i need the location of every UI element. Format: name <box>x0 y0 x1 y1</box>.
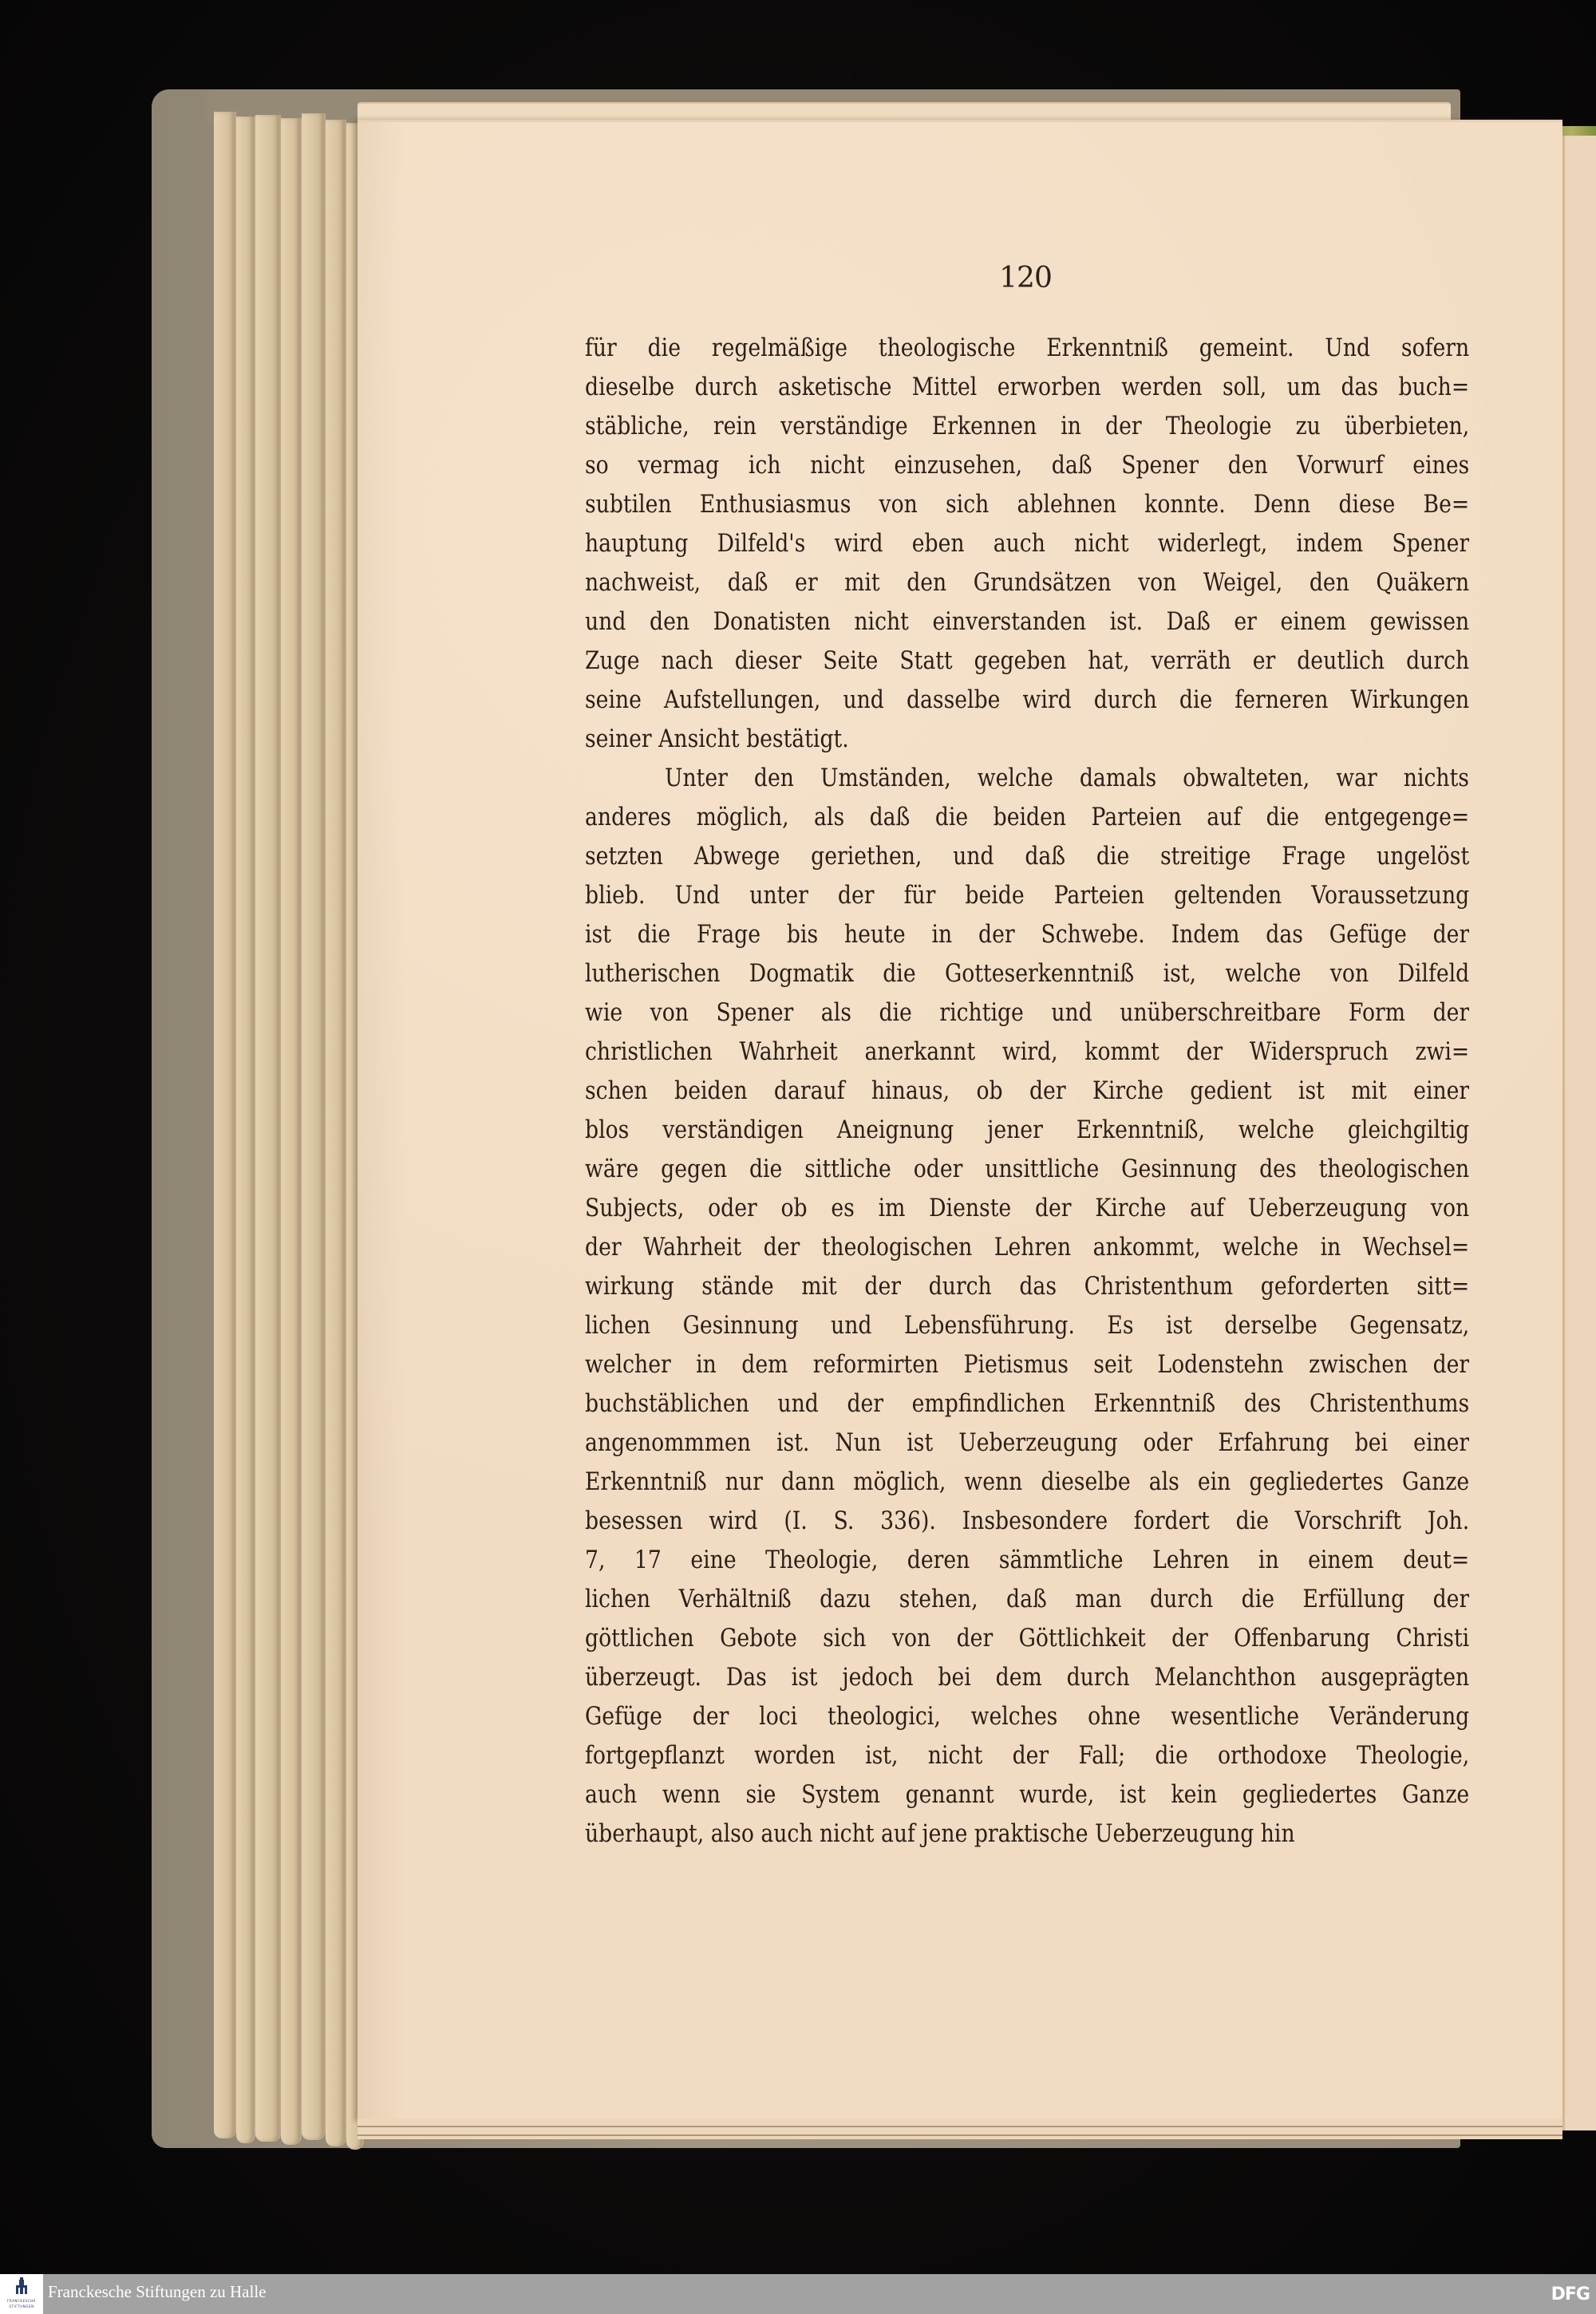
text-line: buchstäblichen und der empfindlichen Erk… <box>585 1384 1469 1424</box>
text-line: Gefüge der loci theologici, welches ohne… <box>585 1697 1469 1736</box>
text-line-content: lichen Verhältniß dazu stehen, daß man d… <box>585 1580 1469 1619</box>
text-line-content: wäre gegen die sittliche oder unsittlich… <box>585 1150 1469 1189</box>
text-line-content: blieb. Und unter der für beide Parteien … <box>585 876 1469 915</box>
text-line: lichen Verhältniß dazu stehen, daß man d… <box>585 1580 1469 1619</box>
text-line-content: wie von Spener als die richtige und unüb… <box>585 993 1469 1033</box>
text-line-content: überzeugt. Das ist jedoch bei dem durch … <box>585 1658 1469 1697</box>
text-line: Unter den Umständen, welche damals obwal… <box>585 759 1469 798</box>
text-line-content: göttlichen Gebote sich von der Göttlichk… <box>585 1619 1469 1658</box>
text-line: Erkenntniß nur dann möglich, wenn diesel… <box>585 1463 1469 1502</box>
text-line-content: fortgepflanzt worden ist, nicht der Fall… <box>585 1736 1469 1775</box>
text-line-content: Zuge nach dieser Seite Statt gegeben hat… <box>585 642 1469 681</box>
page-edge <box>236 116 255 2143</box>
text-line: hauptung Dilfeld's wird eben auch nicht … <box>585 524 1469 563</box>
text-line-content: welcher in dem reformirten Pietismus sei… <box>585 1345 1469 1384</box>
text-line: 7, 17 eine Theologie, deren sämmtliche L… <box>585 1541 1469 1580</box>
body-text: für die regelmäßige theologische Erkennt… <box>585 329 1469 1854</box>
text-line-content: und den Donatisten nicht einverstanden i… <box>585 602 1469 642</box>
text-line-content: dieselbe durch asketische Mittel erworbe… <box>585 368 1469 407</box>
text-line: so vermag ich nicht einzusehen, daß Spen… <box>585 446 1469 485</box>
text-line-content: hauptung Dilfeld's wird eben auch nicht … <box>585 524 1469 563</box>
page-number: 120 <box>997 262 1053 294</box>
institution-logo[interactable]: FRANCKESCHE STIFTUNGEN <box>0 2274 43 2314</box>
text-line: blos verständigen Aneignung jener Erkenn… <box>585 1111 1469 1150</box>
text-line-content: seiner Ansicht bestätigt. <box>585 720 1469 759</box>
logo-caption: FRANCKESCHE STIFTUNGEN <box>2 2298 41 2309</box>
text-line-content: stäbliche, rein verständige Erkennen in … <box>585 407 1469 446</box>
text-line: stäbliche, rein verständige Erkennen in … <box>585 407 1469 446</box>
text-line: und den Donatisten nicht einverstanden i… <box>585 602 1469 642</box>
text-line: für die regelmäßige theologische Erkennt… <box>585 329 1469 368</box>
text-line-content: angenommmen ist. Nun ist Ueberzeugung od… <box>585 1424 1469 1463</box>
text-line: wie von Spener als die richtige und unüb… <box>585 993 1469 1033</box>
text-line-content: wirkung stände mit der durch das Christe… <box>585 1267 1469 1306</box>
page-edge <box>326 120 346 2146</box>
text-line-content: nachweist, daß er mit den Grundsätzen vo… <box>585 563 1469 602</box>
text-line: göttlichen Gebote sich von der Göttlichk… <box>585 1619 1469 1658</box>
text-line-content: Unter den Umständen, welche damals obwal… <box>665 759 1469 798</box>
text-line-content: setzten Abwege geriethen, und daß die st… <box>585 837 1469 876</box>
stacked-page-edges <box>214 112 373 2138</box>
text-line-content: subtilen Enthusiasmus von sich ablehnen … <box>585 485 1469 524</box>
text-line: blieb. Und unter der für beide Parteien … <box>585 876 1469 915</box>
francke-statue-icon <box>15 2277 28 2295</box>
text-line: christlichen Wahrheit anerkannt wird, ko… <box>585 1033 1469 1072</box>
text-line: welcher in dem reformirten Pietismus sei… <box>585 1345 1469 1384</box>
text-line: angenommmen ist. Nun ist Ueberzeugung od… <box>585 1424 1469 1463</box>
text-line-content: lichen Gesinnung und Lebensführung. Es i… <box>585 1306 1469 1345</box>
text-line: schen beiden darauf hinaus, ob der Kirch… <box>585 1072 1469 1111</box>
text-line: besessen wird (I. S. 336). Insbesondere … <box>585 1502 1469 1541</box>
text-line-content: christlichen Wahrheit anerkannt wird, ko… <box>585 1033 1469 1072</box>
text-line-content: lutherischen Dogmatik die Gotteserkenntn… <box>585 954 1469 993</box>
text-line: fortgepflanzt worden ist, nicht der Fall… <box>585 1736 1469 1775</box>
text-line-content: 7, 17 eine Theologie, deren sämmtliche L… <box>585 1541 1469 1580</box>
text-line-content: Erkenntniß nur dann möglich, wenn diesel… <box>585 1463 1469 1502</box>
text-line: anderes möglich, als daß die beiden Part… <box>585 798 1469 837</box>
text-line: Zuge nach dieser Seite Statt gegeben hat… <box>585 642 1469 681</box>
text-line-content: für die regelmäßige theologische Erkennt… <box>585 329 1469 368</box>
text-line: lichen Gesinnung und Lebensführung. Es i… <box>585 1306 1469 1345</box>
text-line: seine Aufstellungen, und dasselbe wird d… <box>585 681 1469 720</box>
page-edge <box>255 115 281 2142</box>
text-line-content: auch wenn sie System genannt wurde, ist … <box>585 1775 1469 1814</box>
text-line-content: der Wahrheit der theologischen Lehren an… <box>585 1228 1469 1267</box>
text-line-content: überhaupt, also auch nicht auf jene prak… <box>585 1814 1469 1854</box>
text-line-content: blos verständigen Aneignung jener Erkenn… <box>585 1111 1469 1150</box>
text-line: seiner Ansicht bestätigt. <box>585 720 1469 759</box>
page-edge <box>214 112 236 2138</box>
text-line: wirkung stände mit der durch das Christe… <box>585 1267 1469 1306</box>
text-line-content: Gefüge der loci theologici, welches ohne… <box>585 1697 1469 1736</box>
page-edge <box>281 118 302 2145</box>
text-line: überhaupt, also auch nicht auf jene prak… <box>585 1814 1469 1854</box>
page-edge <box>302 113 326 2140</box>
text-line: lutherischen Dogmatik die Gotteserkenntn… <box>585 954 1469 993</box>
facing-page-edge <box>1562 136 1596 2130</box>
text-line: dieselbe durch asketische Mittel erworbe… <box>585 368 1469 407</box>
text-line-content: seine Aufstellungen, und dasselbe wird d… <box>585 681 1469 720</box>
text-line: überzeugt. Das ist jedoch bei dem durch … <box>585 1658 1469 1697</box>
scan-viewer: 120 für die regelmäßige theologische Erk… <box>0 0 1596 2274</box>
text-line-content: schen beiden darauf hinaus, ob der Kirch… <box>585 1072 1469 1111</box>
text-line: setzten Abwege geriethen, und daß die st… <box>585 837 1469 876</box>
text-line-content: besessen wird (I. S. 336). Insbesondere … <box>585 1502 1469 1541</box>
text-line: Subjects, oder ob es im Dienste der Kirc… <box>585 1189 1469 1228</box>
text-line-content: so vermag ich nicht einzusehen, daß Spen… <box>585 446 1469 485</box>
text-line-content: buchstäblichen und der empfindlichen Erk… <box>585 1384 1469 1424</box>
footer-bar: FRANCKESCHE STIFTUNGEN Franckesche Stift… <box>0 2274 1596 2314</box>
institution-name: Franckesche Stiftungen zu Halle <box>48 2282 267 2302</box>
text-line: ist die Frage bis heute in der Schwebe. … <box>585 915 1469 954</box>
text-line: der Wahrheit der theologischen Lehren an… <box>585 1228 1469 1267</box>
text-line: wäre gegen die sittliche oder unsittlich… <box>585 1150 1469 1189</box>
text-line: subtilen Enthusiasmus von sich ablehnen … <box>585 485 1469 524</box>
text-line: auch wenn sie System genannt wurde, ist … <box>585 1775 1469 1814</box>
text-line-content: Subjects, oder ob es im Dienste der Kirc… <box>585 1189 1469 1228</box>
page-bottom-edges <box>358 2119 1562 2139</box>
text-line-content: ist die Frage bis heute in der Schwebe. … <box>585 915 1469 954</box>
text-line-content: anderes möglich, als daß die beiden Part… <box>585 798 1469 837</box>
text-line: nachweist, daß er mit den Grundsätzen vo… <box>585 563 1469 602</box>
dfg-logo[interactable]: DFG <box>1551 2284 1590 2304</box>
